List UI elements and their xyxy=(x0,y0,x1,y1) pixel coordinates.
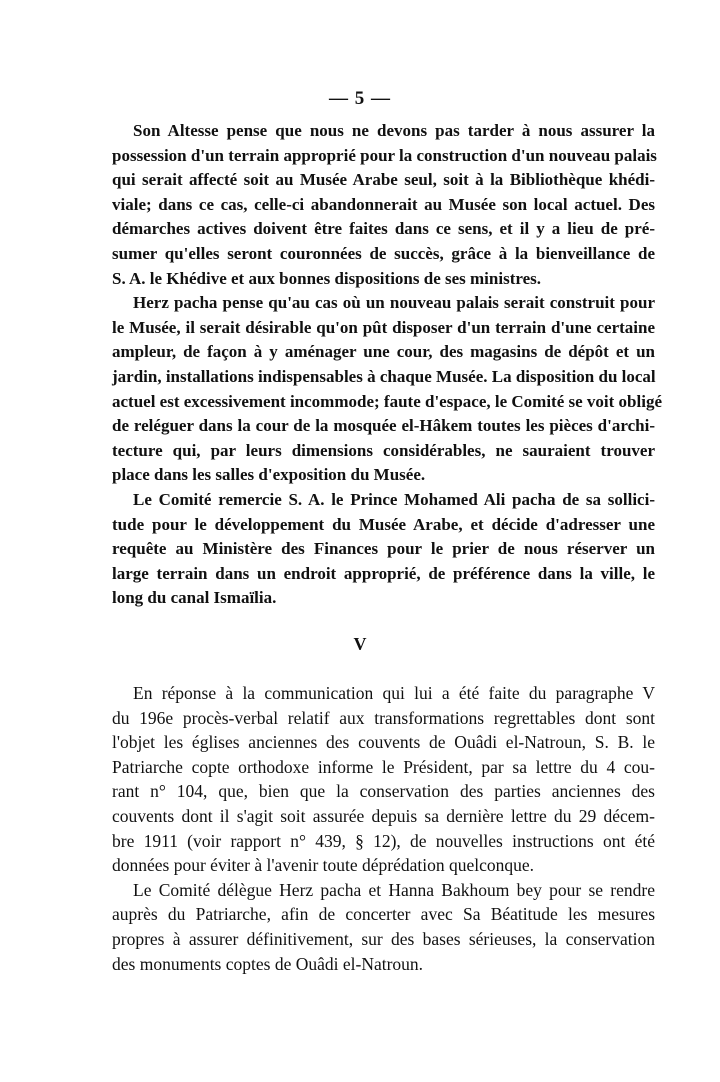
text-line: données pour éviter à l'avenir toute dép… xyxy=(112,853,655,878)
text-line: S. A. le Khédive et aux bonnes dispositi… xyxy=(112,267,655,292)
section-1: Son Altesse pense que nous ne devons pas… xyxy=(112,119,655,611)
text-line: Son Altesse pense que nous ne devons pas… xyxy=(112,119,655,144)
text-line: requête au Ministère des Finances pour l… xyxy=(112,537,655,562)
text-line: auprès du Patriarche, afin de concerter … xyxy=(112,902,655,927)
text-line: Le Comité remercie S. A. le Prince Moham… xyxy=(112,488,655,513)
paragraph: Herz pacha pense qu'au cas où un nouveau… xyxy=(112,291,655,488)
text-line: de reléguer dans la cour de la mosquée e… xyxy=(112,414,655,439)
text-line: tude pour le développement du Musée Arab… xyxy=(112,513,655,538)
section-2: En réponse à la communication qui lui a … xyxy=(112,681,655,976)
paragraph: Le Comité délègue Herz pacha et Hanna Ba… xyxy=(112,878,655,976)
text-line: place dans les salles d'exposition du Mu… xyxy=(112,463,655,488)
text-line: couvents dont il s'agit soit assurée dep… xyxy=(112,804,655,829)
text-line: jardin, installations indispensables à c… xyxy=(112,365,655,390)
text-line: large terrain dans un endroit approprié,… xyxy=(112,562,655,587)
text-line: Patriarche copte orthodoxe informe le Pr… xyxy=(112,755,655,780)
text-line: du 196e procès-verbal relatif aux transf… xyxy=(112,706,655,731)
text-line: des monuments coptes de Ouâdi el-Natroun… xyxy=(112,952,655,977)
text-line: sumer qu'elles seront couronnées de succ… xyxy=(112,242,655,267)
text-line: Le Comité délègue Herz pacha et Hanna Ba… xyxy=(112,878,655,903)
text-line: En réponse à la communication qui lui a … xyxy=(112,681,655,706)
document-page: — 5 — Son Altesse pense que nous ne devo… xyxy=(0,0,720,1082)
text-line: Herz pacha pense qu'au cas où un nouveau… xyxy=(112,291,655,316)
section-heading: V xyxy=(0,634,720,655)
text-line: qui serait affecté soit au Musée Arabe s… xyxy=(112,168,655,193)
paragraph: Le Comité remercie S. A. le Prince Moham… xyxy=(112,488,655,611)
text-line: rant n° 104, que, bien que la conservati… xyxy=(112,779,655,804)
text-line: ampleur, de façon à y aménager une cour,… xyxy=(112,340,655,365)
text-line: l'objet les églises anciennes des couven… xyxy=(112,730,655,755)
text-line: possession d'un terrain approprié pour l… xyxy=(112,144,655,169)
text-line: propres à assurer définitivement, sur de… xyxy=(112,927,655,952)
text-line: actuel est excessivement incommode; faut… xyxy=(112,390,655,415)
text-line: viale; dans ce cas, celle-ci abandonnera… xyxy=(112,193,655,218)
paragraph: Son Altesse pense que nous ne devons pas… xyxy=(112,119,655,291)
text-line: le Musée, il serait désirable qu'on pût … xyxy=(112,316,655,341)
text-line: bre 1911 (voir rapport n° 439, § 12), de… xyxy=(112,829,655,854)
paragraph: En réponse à la communication qui lui a … xyxy=(112,681,655,878)
text-line: tecture qui, par leurs dimensions consid… xyxy=(112,439,655,464)
text-line: long du canal Ismaïlia. xyxy=(112,586,655,611)
page-number: — 5 — xyxy=(0,88,720,110)
text-line: démarches actives doivent être faites da… xyxy=(112,217,655,242)
